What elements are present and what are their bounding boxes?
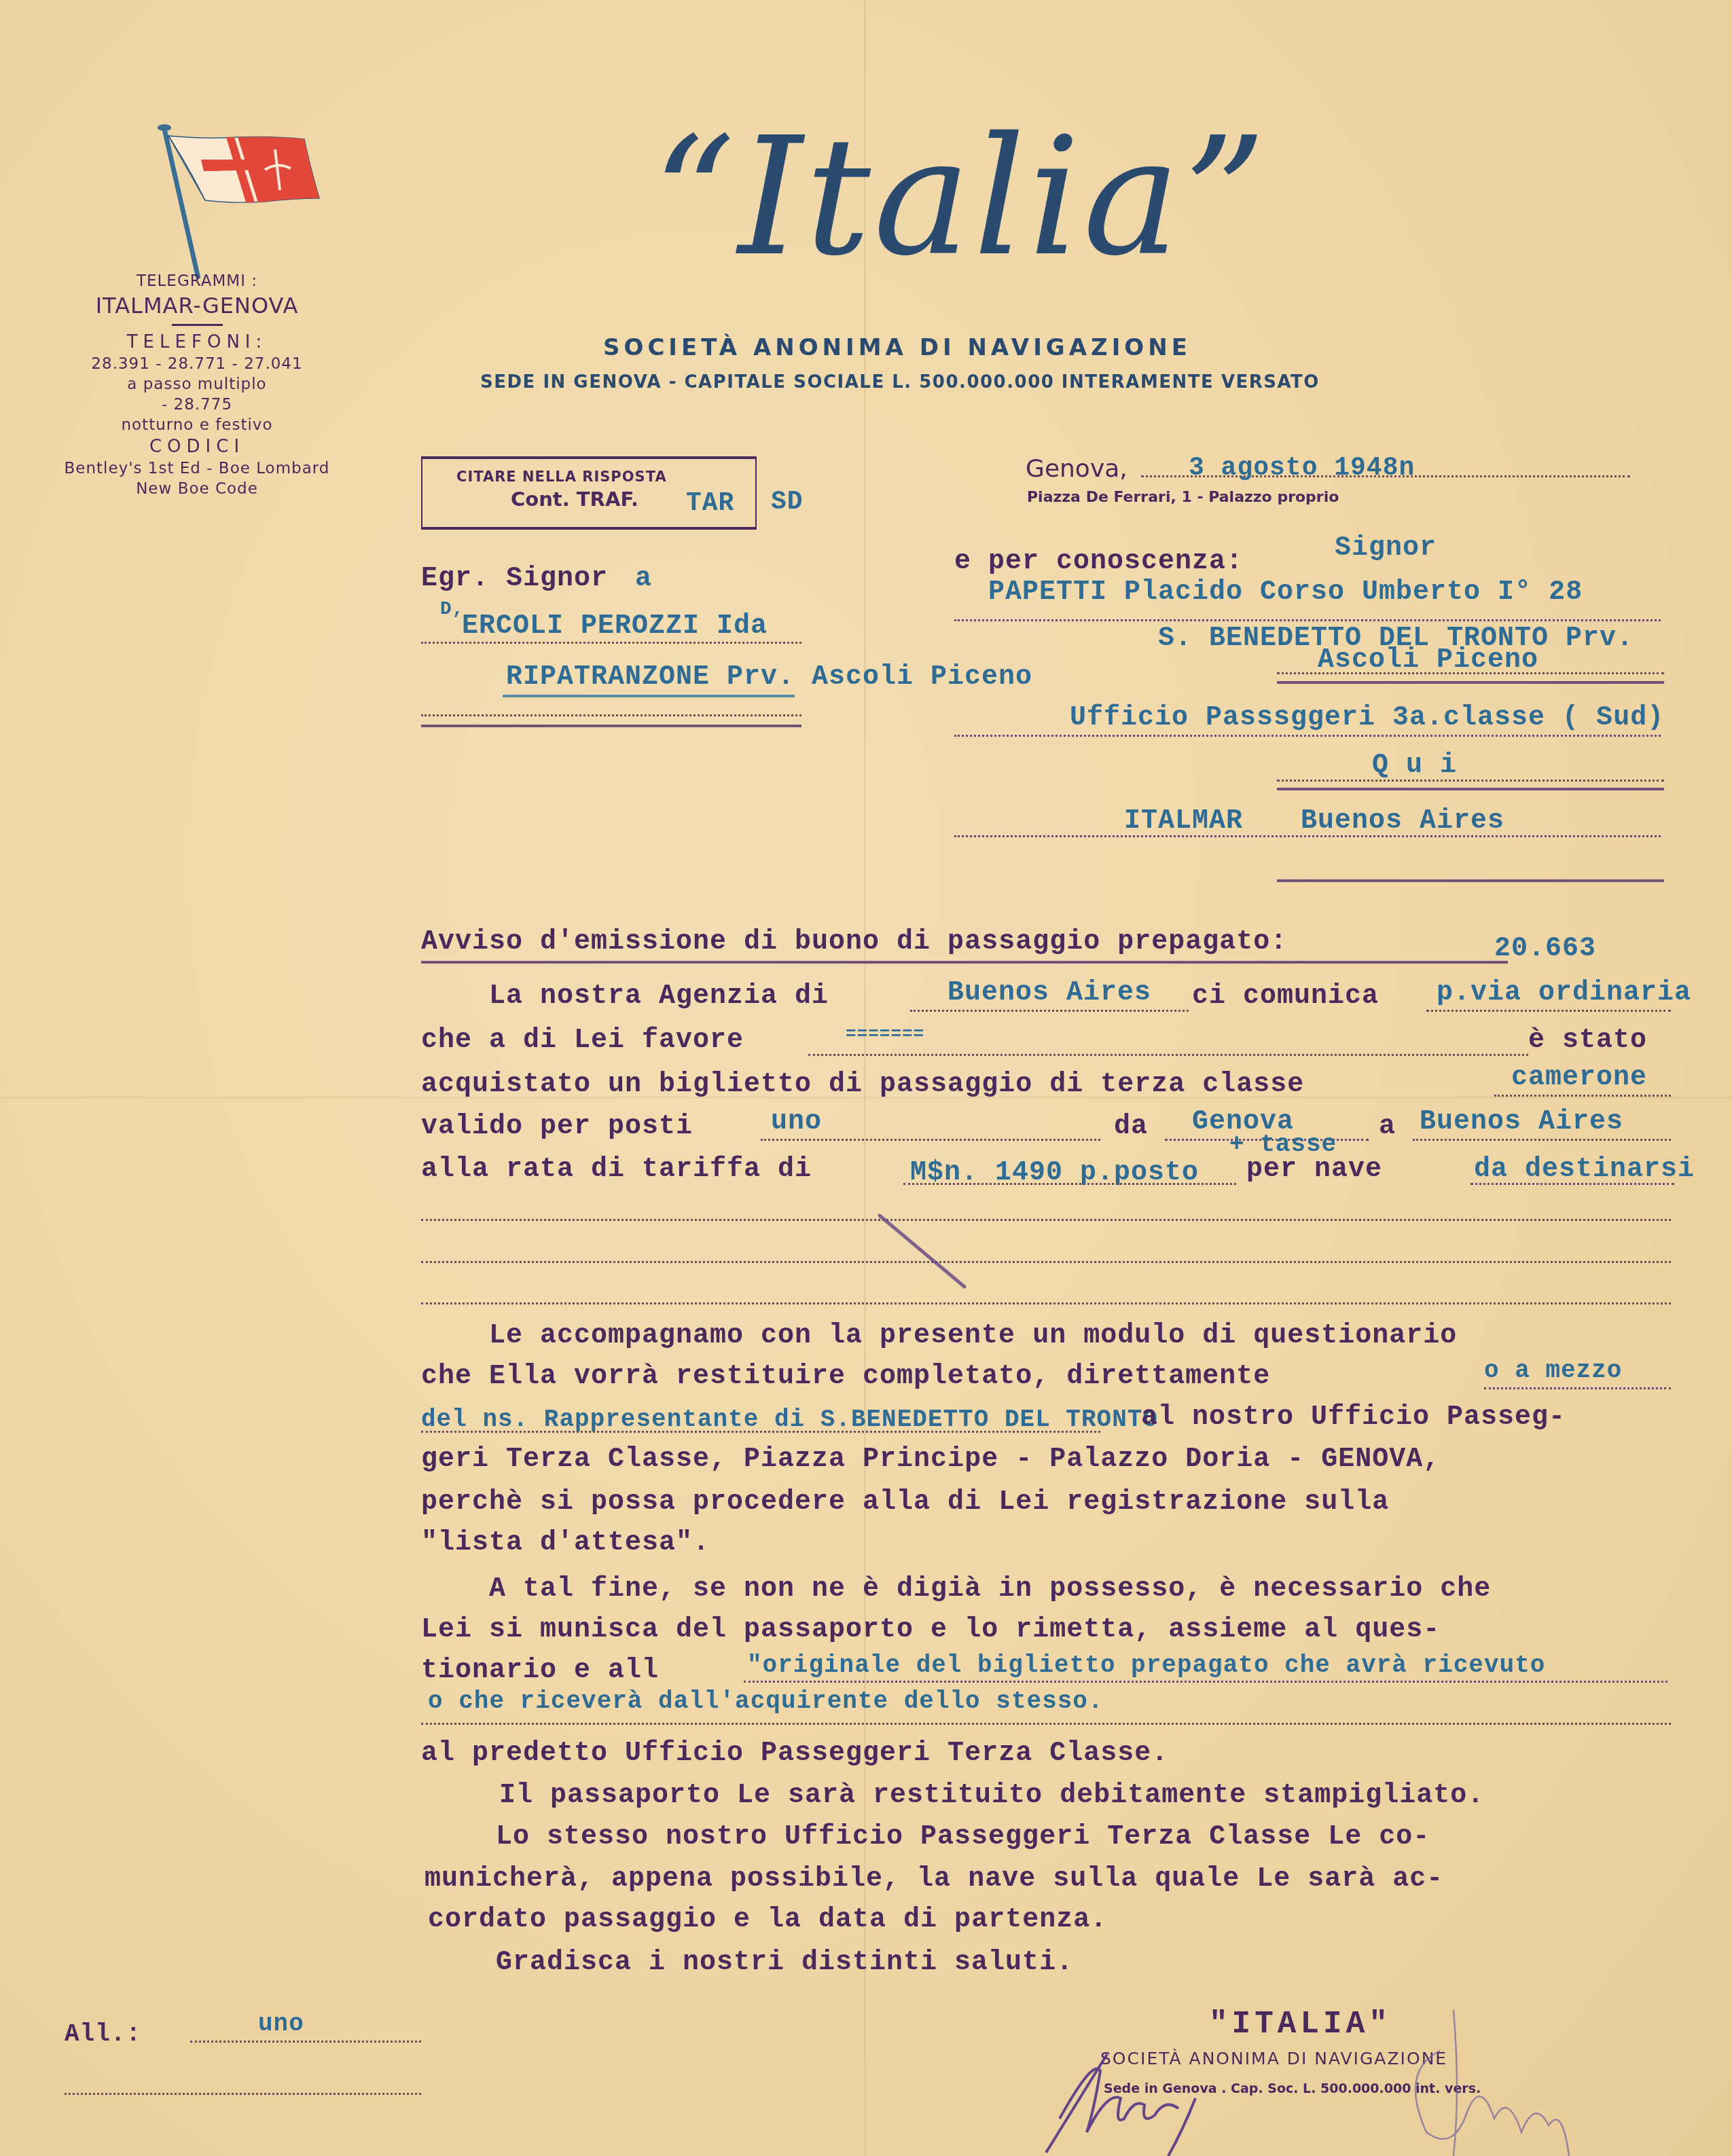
accommodation-field-line: [1494, 1095, 1671, 1097]
attachments-label: All.:: [65, 2020, 141, 2048]
italia-logo: “Italia”: [652, 115, 1269, 278]
recipient-town-underline: [503, 695, 795, 697]
phones-note: a passo multiplo: [41, 375, 353, 395]
cc-label: e per conoscenza:: [954, 547, 1243, 577]
blank-line-1: [421, 1219, 1671, 1221]
accommodation-field: camerone: [1511, 1063, 1647, 1093]
form-line-5-text-b: per nave: [1246, 1154, 1382, 1185]
destination-port-field: Buenos Aires: [1420, 1107, 1623, 1137]
cc-line-4: Ufficio Passsggeri 3a.classe ( Sud): [1070, 703, 1664, 733]
telegrams-label: TELEGRAMMI :: [41, 272, 353, 292]
subject-underline: [421, 961, 1508, 964]
ticket-original-field-cont: o che riceverà dall'acquirente dello ste…: [428, 1687, 1104, 1715]
ticket-original-line-2: [421, 1723, 1671, 1725]
destination-port-line: [1413, 1139, 1671, 1141]
delivery-method-field: o a mezzo: [1484, 1357, 1622, 1385]
body-p1-line-3: al nostro Ufficio Passeg-: [1141, 1402, 1566, 1433]
genoa-trieste-flag-icon: [156, 122, 333, 285]
representative-field-line: [421, 1431, 1100, 1433]
recipient-title-prefix: D,: [440, 599, 465, 620]
body-p2-line-2: Lei si munisca del passaporto e lo rimet…: [421, 1615, 1440, 1645]
cc-line-6-b: Buenos Aires: [1301, 806, 1504, 837]
form-line-1-text-a: La nostra Agenzia di: [489, 981, 829, 1012]
agency-field-line: [910, 1010, 1189, 1012]
body-p3: Il passaporto Le sarà restituito debitam…: [499, 1780, 1484, 1811]
cc-line-1-rule: [954, 619, 1661, 621]
body-p1-line-2: che Ella vorrà restituire completato, di…: [421, 1362, 1270, 1392]
form-line-2-text-b: è stato: [1528, 1025, 1647, 1056]
attachments-line-2: [65, 2093, 421, 2095]
form-line-4-text-a: valido per posti: [421, 1112, 693, 1142]
body-p4-line-2: municherà, appena possibile, la nave sul…: [425, 1864, 1443, 1895]
codes-line-2: New Boe Code: [41, 479, 353, 500]
salutation: Egr. Signor: [421, 564, 608, 594]
recipient-name-line: [421, 642, 801, 644]
recipient-blank-line: [421, 714, 801, 716]
company-name: SOCIETÀ ANONIMA DI NAVIGAZIONE: [603, 334, 1191, 361]
divider: [172, 324, 223, 326]
reference-label: CITARE NELLA RISPOSTA: [456, 469, 667, 485]
cc-block-rule: [1277, 879, 1664, 882]
reference-code-value: TAR: [686, 489, 734, 518]
cc-line-5-underline: [1277, 788, 1664, 790]
delivery-method-line: [1484, 1387, 1671, 1389]
body-p1-line-5: perchè si possa procedere alla di Lei re…: [421, 1487, 1389, 1518]
letter-date: 3 agosto 1948n: [1189, 454, 1415, 483]
company-capital-line: SEDE IN GENOVA - CAPITALE SOCIALE L. 500…: [480, 372, 1320, 392]
cc-line-5-rule: [1277, 780, 1664, 782]
body-p4-line-3: cordato passaggio e la data di partenza.: [428, 1905, 1107, 1935]
body-p2-line-1: A tal fine, se non ne è digià in possess…: [489, 1574, 1491, 1605]
ship-field: da destinarsi: [1474, 1154, 1695, 1185]
body-p1-line-6: "lista d'attesa".: [421, 1528, 710, 1558]
blank-line-2: [421, 1261, 1671, 1263]
cc-line-6-a: ITALMAR: [1124, 806, 1243, 837]
subject-label: Avviso d'emissione di buono di passaggio…: [421, 927, 1287, 957]
cc-line-1: PAPETTI Placido Corso Umberto I° 28: [988, 577, 1583, 608]
cc-line-3-rule: [1277, 672, 1664, 674]
communication-method-field: p.via ordinaria: [1437, 978, 1691, 1008]
form-line-1-text-b: ci comunica: [1192, 981, 1379, 1012]
voucher-number: 20.663: [1494, 934, 1596, 964]
office-address: Piazza De Ferrari, 1 - Palazzo proprio: [1027, 489, 1339, 506]
salutation-suffix: a: [635, 564, 652, 594]
ticket-original-field: "originale del biglietto prepagato che a…: [747, 1651, 1545, 1679]
cc-line-4-rule: [954, 735, 1661, 737]
ticket-original-line: [744, 1681, 1667, 1683]
codes-line-1: Bentley's 1st Ed - Boe Lombard: [41, 459, 353, 479]
reference-code-suffix: SD: [771, 488, 804, 517]
phones-night-note: notturno e festivo: [41, 416, 353, 436]
dateline-city: Genova,: [1026, 455, 1127, 483]
attachments-line: [190, 2041, 421, 2043]
handwritten-signatures: [1019, 1996, 1698, 2156]
form-line-2-text-a: che a di Lei favore: [421, 1025, 744, 1056]
agency-field: Buenos Aires: [948, 978, 1151, 1008]
ship-field-line: [1471, 1183, 1674, 1185]
seats-field: uno: [771, 1107, 822, 1137]
telegrams-address: ITALMAR-GENOVA: [41, 292, 353, 321]
attachments-count: uno: [258, 2010, 304, 2038]
seats-field-line: [761, 1139, 1100, 1141]
fare-rate-line: [903, 1183, 1236, 1185]
reference-code-label: Cont. TRAF.: [511, 488, 638, 511]
recipient-town: RIPATRANZONE Prv. Ascoli Piceno: [506, 662, 1032, 693]
cc-line-6-rule: [954, 835, 1661, 837]
cc-line-3-underline: [1277, 681, 1664, 684]
recipient-name: ERCOLI PEROZZI Ida: [462, 611, 768, 642]
body-p2-line-5: al predetto Ufficio Passeggeri Terza Cla…: [421, 1738, 1168, 1769]
form-line-5-text-a: alla rata di tariffa di: [421, 1154, 812, 1185]
blank-line-3: [421, 1302, 1671, 1304]
communication-method-line: [1426, 1010, 1671, 1012]
phone-night: - 28.775: [41, 395, 353, 416]
phone-numbers: 28.391 - 28.771 - 27.041: [41, 354, 353, 375]
contact-info-column: TELEGRAMMI : ITALMAR-GENOVA TELEFONI: 28…: [41, 272, 353, 499]
form-line-3-text: acquistato un biglietto di passaggio di …: [421, 1070, 1304, 1100]
codes-label: CODICI: [41, 436, 353, 459]
cc-title: Signor: [1335, 533, 1437, 564]
cc-line-5: Q u i: [1372, 750, 1457, 781]
cancel-stroke-mark: [876, 1212, 971, 1294]
body-p2-line-3: tionario e all: [421, 1656, 659, 1686]
closing-greeting: Gradisca i nostri distinti saluti.: [496, 1948, 1073, 1978]
form-line-4-text-c: a: [1379, 1112, 1396, 1142]
representative-field: del ns. Rappresentante di S.BENEDETTO DE…: [421, 1406, 1158, 1433]
recipient-block-rule: [421, 725, 801, 727]
beneficiary-field: =======: [846, 1024, 924, 1044]
phones-label: TELEFONI:: [41, 331, 353, 354]
beneficiary-field-line: [808, 1054, 1528, 1056]
body-p4-line-1: Lo stesso nostro Ufficio Passeggeri Terz…: [496, 1822, 1430, 1852]
cc-line-3: Ascoli Piceno: [1318, 645, 1538, 676]
body-p1-line-1: Le accompagnamo con la presente un modul…: [489, 1321, 1457, 1351]
body-p1-line-4: geri Terza Classe, Piazza Principe - Pal…: [421, 1444, 1440, 1475]
form-line-4-text-b: da: [1114, 1112, 1148, 1142]
